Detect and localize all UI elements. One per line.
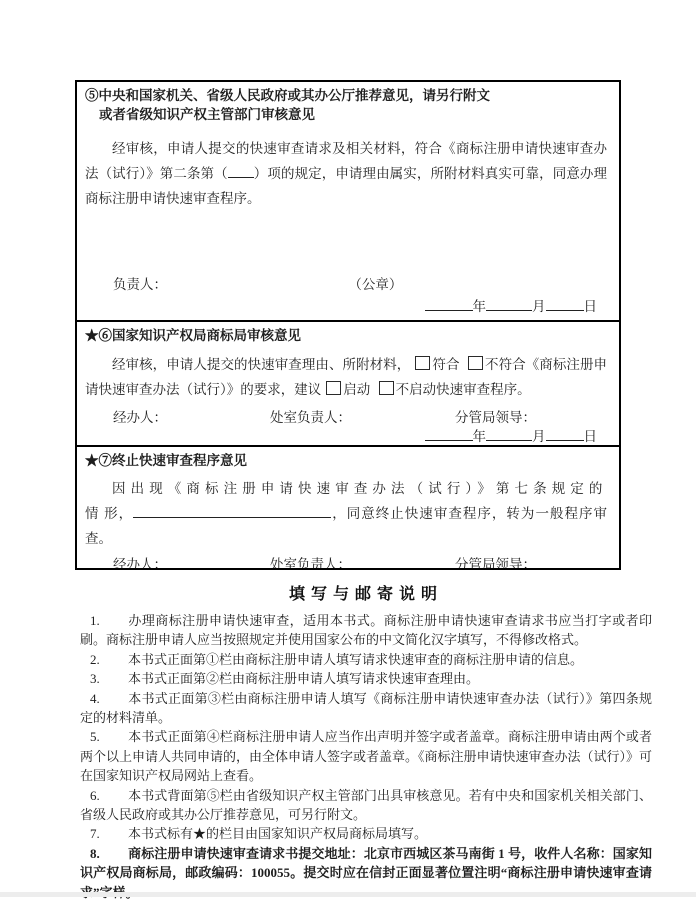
comply-checkbox[interactable]	[415, 356, 430, 370]
instructions-title: 填写与邮寄说明	[80, 584, 652, 606]
office-head-label: 处室负责人：	[270, 555, 455, 568]
month-label: 月	[532, 299, 546, 314]
instruction-item-number: 7.	[90, 824, 128, 843]
instruction-item-4: 4.本书式正面第③栏由商标注册申请人填写《商标注册申请快速审查办法（试行）》第四…	[80, 689, 652, 728]
section-6-paragraph: 经审核，申请人提交的快速审查理由、所附材料，符合 不符合《商标注册申请快速审查办…	[85, 352, 607, 402]
office-head-label: 处室负责人：	[270, 408, 455, 427]
section-5-title-line1: ⑤中央和国家机关、省级人民政府或其办公厅推荐意见，请另行附文	[85, 86, 607, 105]
document-page: ⑤中央和国家机关、省级人民政府或其办公厅推荐意见，请另行附文 或者省级知识产权主…	[0, 0, 696, 900]
section-5-paragraph: 经审核，申请人提交的快速审查请求及相关材料，符合《商标注册申请快速审查办法（试行…	[85, 136, 607, 211]
instruction-item-number: 2.	[90, 650, 128, 669]
reason-blank-field[interactable]	[133, 504, 331, 518]
section-6-date-line: 年月日	[85, 427, 607, 445]
instruction-item-2: 2.本书式正面第①栏由商标注册申请人填写请求快速审查的商标注册申请的信息。	[80, 650, 652, 669]
instruction-item-3: 3.本书式正面第②栏由商标注册申请人填写请求快速审查理由。	[80, 669, 652, 688]
instruction-item-number: 5.	[90, 727, 128, 746]
instruction-item-1: 1.办理商标注册申请快速审查，适用本书式。商标注册申请快速审查请求书应当打字或者…	[80, 611, 652, 650]
year-label: 年	[473, 429, 487, 444]
section-7-signature-row: 经办人： 处室负责人： 分管局领导：	[85, 555, 607, 568]
start-procedure-label: 启动	[343, 382, 370, 397]
section-5-title-line2: 或者省级知识产权主管部门审核意见	[85, 105, 607, 124]
month-label: 月	[532, 429, 546, 444]
instruction-item-text: 本书式正面第③栏由商标注册申请人填写《商标注册申请快速审查办法（试行）》第四条规…	[80, 691, 652, 725]
year-blank-field[interactable]	[425, 427, 473, 441]
section-7-para-line2-prefix: 形，	[104, 506, 133, 521]
scan-artifact-line	[0, 892, 696, 897]
year-label: 年	[473, 299, 487, 314]
handler-label: 经办人：	[113, 408, 270, 427]
day-label: 日	[584, 299, 598, 314]
instructions-section: 填写与邮寄说明 1.办理商标注册申请快速审查，适用本书式。商标注册申请快速审查请…	[80, 584, 652, 900]
section-7-terminate-procedure-opinion: ★⑦终止快速审查程序意见 因出现《商标注册申请快速审查办法（试行）》第七条规定的…	[77, 445, 619, 568]
section-6-trademark-office-review-opinion: ★⑥国家知识产权局商标局审核意见 经审核，申请人提交的快速审查理由、所附材料，符…	[77, 320, 619, 445]
section-6-title: ★⑥国家知识产权局商标局审核意见	[85, 326, 607, 345]
item-number-blank-field[interactable]	[228, 164, 254, 178]
bureau-leader-label: 分管局领导：	[455, 408, 607, 427]
year-blank-field[interactable]	[425, 297, 473, 311]
section-5-date-line: 年月日	[85, 297, 607, 316]
not-start-procedure-label: 不启动快速审查程序。	[396, 382, 531, 397]
bureau-leader-label: 分管局领导：	[455, 555, 607, 568]
instruction-item-text: 本书式正面第②栏由商标注册申请人填写请求快速审查理由。	[128, 671, 479, 686]
instruction-item-number: 4.	[90, 689, 128, 708]
instruction-item-number: 8.	[90, 844, 128, 863]
day-blank-field[interactable]	[546, 297, 584, 311]
section-7-title: ★⑦终止快速审查程序意见	[85, 451, 607, 470]
instruction-item-number: 6.	[90, 786, 128, 805]
not-start-procedure-checkbox[interactable]	[379, 381, 394, 395]
start-procedure-checkbox[interactable]	[326, 381, 341, 395]
month-blank-field[interactable]	[486, 297, 532, 311]
official-seal-label: （公章）	[348, 277, 402, 292]
instruction-item-number: 3.	[90, 669, 128, 688]
instruction-item-text: 本书式正面第④栏商标注册申请人应当作出声明并签字或者盖章。商标注册申请由两个或者…	[80, 729, 652, 783]
responsible-person-label: 负责人：	[113, 277, 167, 292]
form-table: ⑤中央和国家机关、省级人民政府或其办公厅推荐意见，请另行附文 或者省级知识产权主…	[75, 80, 621, 570]
handler-label: 经办人：	[113, 555, 270, 568]
instruction-item-6: 6.本书式背面第⑤栏由省级知识产权主管部门出具审核意见。若有中央和国家机关相关部…	[80, 786, 652, 825]
comply-label: 符合	[432, 357, 459, 372]
day-blank-field[interactable]	[546, 427, 584, 441]
section-6-para-lead: 经审核，申请人提交的快速审查理由、所附材料，	[112, 357, 410, 372]
instruction-item-7: 7.本书式标有★的栏目由国家知识产权局商标局填写。	[80, 824, 652, 843]
section-5-signature-row: 负责人： （公章）	[85, 275, 607, 295]
instruction-item-text: 办理商标注册申请快速审查，适用本书式。商标注册申请快速审查请求书应当打字或者印刷…	[80, 613, 652, 647]
section-7-paragraph: 因出现《商标注册申请快速审查办法（试行）》第七条规定的情形，，同意终止快速审查程…	[85, 476, 607, 551]
instruction-item-number: 1.	[90, 611, 128, 630]
not-comply-checkbox[interactable]	[468, 356, 483, 370]
month-blank-field[interactable]	[486, 427, 532, 441]
day-label: 日	[584, 429, 598, 444]
instruction-item-text: 本书式标有★的栏目由国家知识产权局商标局填写。	[128, 826, 427, 841]
instruction-item-text: 本书式正面第①栏由商标注册申请人填写请求快速审查的商标注册申请的信息。	[128, 652, 583, 667]
instruction-item-text: 本书式背面第⑤栏由省级知识产权主管部门出具审核意见。若有中央和国家机关相关部门、…	[80, 788, 652, 822]
section-5-title: ⑤中央和国家机关、省级人民政府或其办公厅推荐意见，请另行附文 或者省级知识产权主…	[85, 86, 607, 124]
section-5-recommendation-review-opinion: ⑤中央和国家机关、省级人民政府或其办公厅推荐意见，请另行附文 或者省级知识产权主…	[77, 82, 619, 320]
section-6-signature-row: 经办人： 处室负责人： 分管局领导：	[85, 408, 607, 427]
instruction-item-5: 5.本书式正面第④栏商标注册申请人应当作出声明并签字或者盖章。商标注册申请由两个…	[80, 727, 652, 785]
